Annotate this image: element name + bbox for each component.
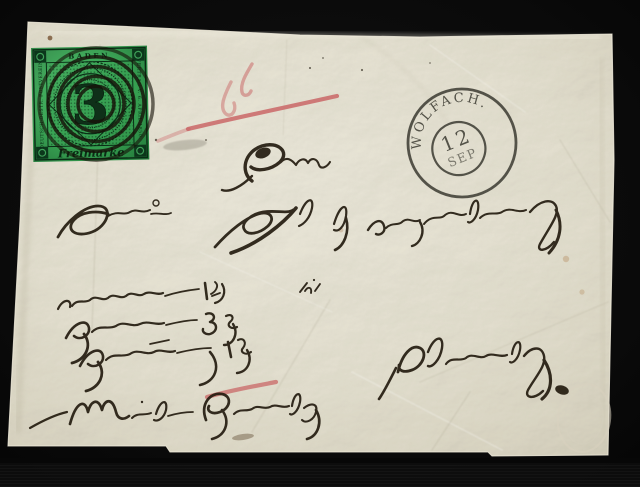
mat-texture-strip (0, 462, 640, 487)
cover-scene: 3 BADEN Freimarke DEUTSCH-OESTR. POSTVER… (0, 0, 640, 487)
mat-shadow-line (0, 458, 640, 463)
photograph-of-postal-cover: 3 BADEN Freimarke DEUTSCH-OESTR. POSTVER… (0, 0, 640, 487)
